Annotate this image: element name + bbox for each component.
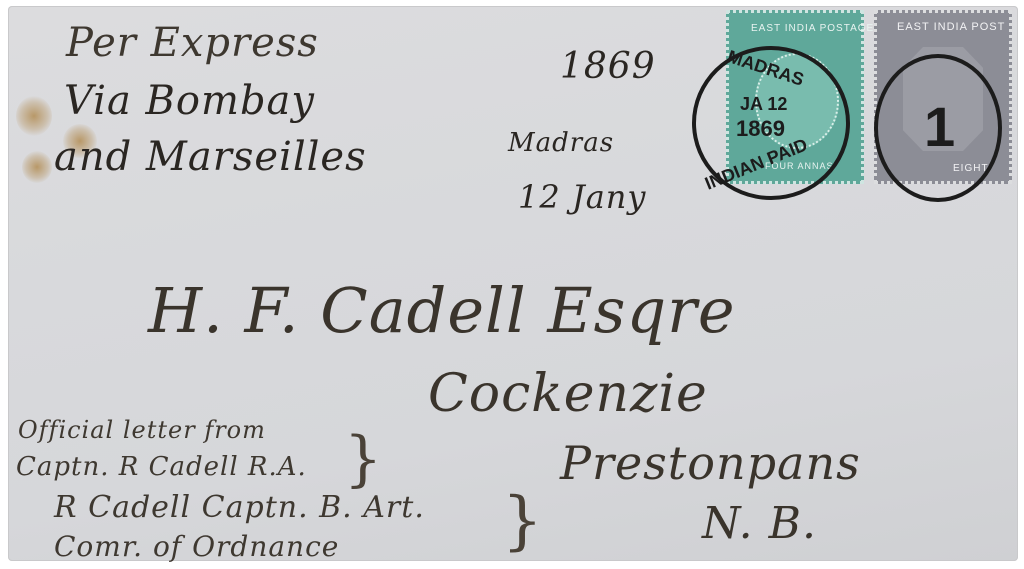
foxing-stain <box>22 151 52 183</box>
origin-note: Madras <box>508 128 614 158</box>
routing-line-2: Via Bombay <box>64 78 315 124</box>
postmark-date: JA 12 <box>740 94 787 115</box>
official-note-line-3: R Cadell Captn. B. Art. <box>54 490 425 525</box>
brace: } <box>344 424 382 494</box>
addressee-line-4: N. B. <box>702 498 817 549</box>
postmark-madras: MADRAS JA 12 1869 INDIAN PAID <box>692 46 850 200</box>
postmark-top-text: MADRAS <box>725 46 807 90</box>
postmark-year: 1869 <box>736 116 785 142</box>
stamp-top-label: EAST INDIA POSTAGE <box>751 23 874 34</box>
postmark-numeral-text: 1 <box>924 94 955 159</box>
stamp-top-label: EAST INDIA POST <box>897 21 1005 33</box>
addressee-name: H. F. Cadell Esqre <box>148 274 736 347</box>
postmark-numeral: 1 <box>874 54 1002 202</box>
official-note-line-2: Captn. R Cadell R.A. <box>16 452 307 482</box>
official-note-line-1: Official letter from <box>18 416 266 444</box>
foxing-stain <box>16 96 52 136</box>
addressee-line-3: Prestonpans <box>560 436 861 490</box>
postmark-bottom-text: INDIAN PAID <box>702 134 811 194</box>
official-note-line-4: Comr. of Ordnance <box>54 530 339 563</box>
routing-line-3: and Marseilles <box>54 134 367 180</box>
date-note: 12 Jany <box>518 178 646 216</box>
addressee-line-2: Cockenzie <box>428 364 708 424</box>
envelope: Per Express Via Bombay and Marseilles 18… <box>8 6 1018 561</box>
routing-line-1: Per Express <box>66 20 319 66</box>
brace: } <box>502 484 543 558</box>
year-note: 1869 <box>560 46 656 87</box>
